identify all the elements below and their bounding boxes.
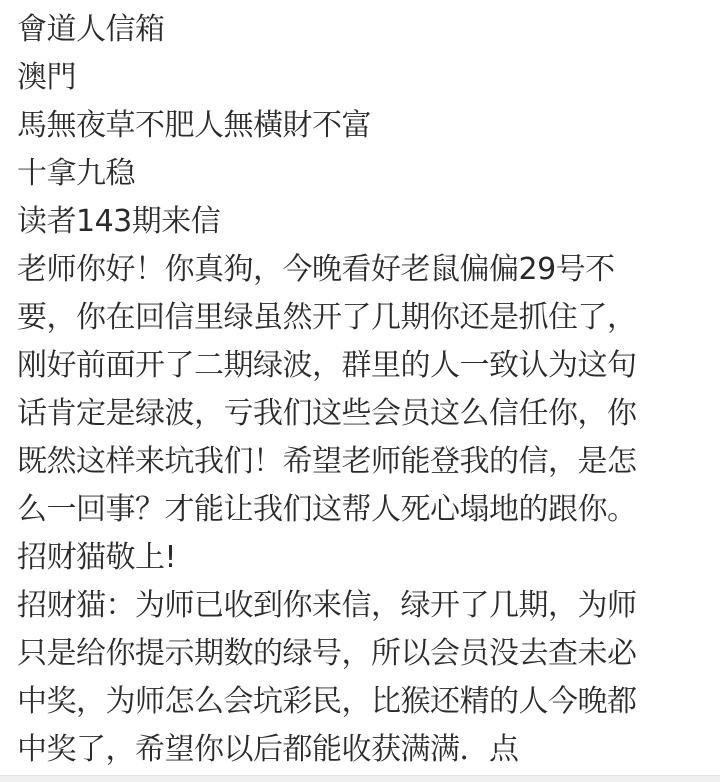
document-body: 會道人信箱 澳門 馬無夜草不肥人無橫財不富 十拿九稳 读者143期来信 老师你好… [17, 6, 707, 774]
letter-heading: 读者143期来信 [17, 198, 707, 246]
reply-text-line: 只是给你提示期数的绿号，所以会员没去查未必 [17, 630, 707, 678]
letter-text-line: 既然这样来坑我们！希望老师能登我的信，是怎 [17, 438, 707, 486]
header-slogan: 十拿九稳 [17, 150, 707, 198]
letter-text-line: 要，你在回信里绿虽然开了几期你还是抓住了， [17, 294, 707, 342]
letter-signature: 招财猫敬上! [17, 534, 707, 582]
bottom-divider [0, 775, 720, 782]
header-motto: 馬無夜草不肥人無橫財不富 [17, 102, 707, 150]
letter-text-line: 话肯定是绿波，亏我们这些会员这么信任你，你 [17, 390, 707, 438]
reply-text-line: 招财猫：为师已收到你来信，绿开了几期，为师 [17, 582, 707, 630]
reply-text-line: 中奖，为师怎么会坑彩民，比猴还精的人今晚都 [17, 678, 707, 726]
header-location: 澳門 [17, 54, 707, 102]
letter-text-line: 老师你好！你真狗，今晚看好老鼠偏偏29号不 [17, 246, 707, 294]
header-title: 會道人信箱 [17, 6, 707, 54]
reply-text-line: 中奖了，希望你以后都能收获满满．点 [17, 726, 707, 774]
letter-text-line: 么一回事？才能让我们这帮人死心塌地的跟你。 [17, 486, 707, 534]
letter-text-line: 刚好前面开了二期绿波，群里的人一致认为这句 [17, 342, 707, 390]
